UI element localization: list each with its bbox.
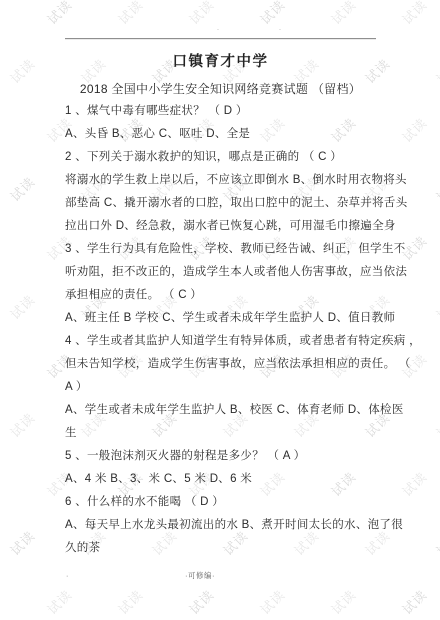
exam-text-line: 2 、下列关于溺水救护的知识，哪点是正确的 （ C ） (65, 146, 387, 169)
exam-text-line: A、4 米 B、3、米 C、5 米 D、6 米 (65, 468, 387, 491)
exam-text-line: 生 (65, 422, 387, 445)
exam-text-line: 久的茶 (65, 537, 387, 560)
exam-text-line: 部垫高 C、撬开溺水者的口腔，取出口腔中的泥土、杂草并将舌头 (65, 192, 387, 215)
exam-text-line: 4 、学生或者其监护人知道学生有特异体质，或者患者有特定疾病 ， (65, 330, 387, 353)
exam-text-line: 3 、学生行为具有危险性，学校、教师已经告诫、纠正，但学生不 (65, 238, 387, 261)
page-footer: · ·可修编· (0, 571, 440, 583)
exam-text-line: A、学生或者未成年学生监护人 B、校医 C、体育老师 D、体检医 (65, 399, 387, 422)
footer-left-dot: · (66, 573, 68, 581)
exam-text-line: 承担相应的责任。 （ C ） (65, 284, 387, 307)
exam-text-line: A、头昏 B、恶心 C、呕吐 D、全是 (65, 123, 387, 146)
footer-label: ·可修编· (158, 571, 242, 581)
document-content: · · 口镇育才中学 2018 全国中小学生安全知识网络竞赛试题 （留档） 1 … (0, 0, 440, 620)
exam-text-line: 5 、一般泡沫剂灭火器的射程是多少？ （ A ） (65, 445, 387, 468)
exam-body: 1 、煤气中毒有哪些症状？ （ D ）A、头昏 B、恶心 C、呕吐 D、全是2 … (65, 100, 387, 560)
school-title: 口镇育才中学 (65, 53, 376, 72)
exam-text-line: 6 、什么样的水不能喝 （ D ） (65, 491, 387, 514)
header-rule (65, 38, 376, 39)
exam-text-line: 1 、煤气中毒有哪些症状？ （ D ） (65, 100, 387, 123)
exam-text-line: 将溺水的学生救上岸以后，不应该立即倒水 B、倒水时用衣物将头 (65, 169, 387, 192)
header-mark-left: · (217, 27, 219, 33)
document-page: 试读试读试读试读试读试读试读试读试读试读试读试读试读试读试读试读试读试读试读试读… (0, 0, 440, 620)
exam-text-line: A ） (65, 376, 387, 399)
exam-text-line: A、班主任 B 学校 C、学生或者未成年学生监护人 D、值日教师 (65, 307, 387, 330)
exam-text-line: 听劝阻，拒不改正的，造成学生本人或者他人伤害事故，应当依法 (65, 261, 387, 284)
exam-text-line: 但未告知学校，造成学生伤害事故，应当依法承担相应的责任。 （ (65, 353, 387, 376)
exam-text-line: 拉出口外 D、经急救，溺水者已恢复心跳，可用湿毛巾擦遍全身 (65, 215, 387, 238)
exam-text-line: A、每天早上水龙头最初流出的水 B、煮开时间太长的水、泡了很 (65, 514, 387, 537)
header-mark-right: · (279, 27, 281, 33)
exam-subtitle: 2018 全国中小学生安全知识网络竞赛试题 （留档） (45, 81, 396, 97)
